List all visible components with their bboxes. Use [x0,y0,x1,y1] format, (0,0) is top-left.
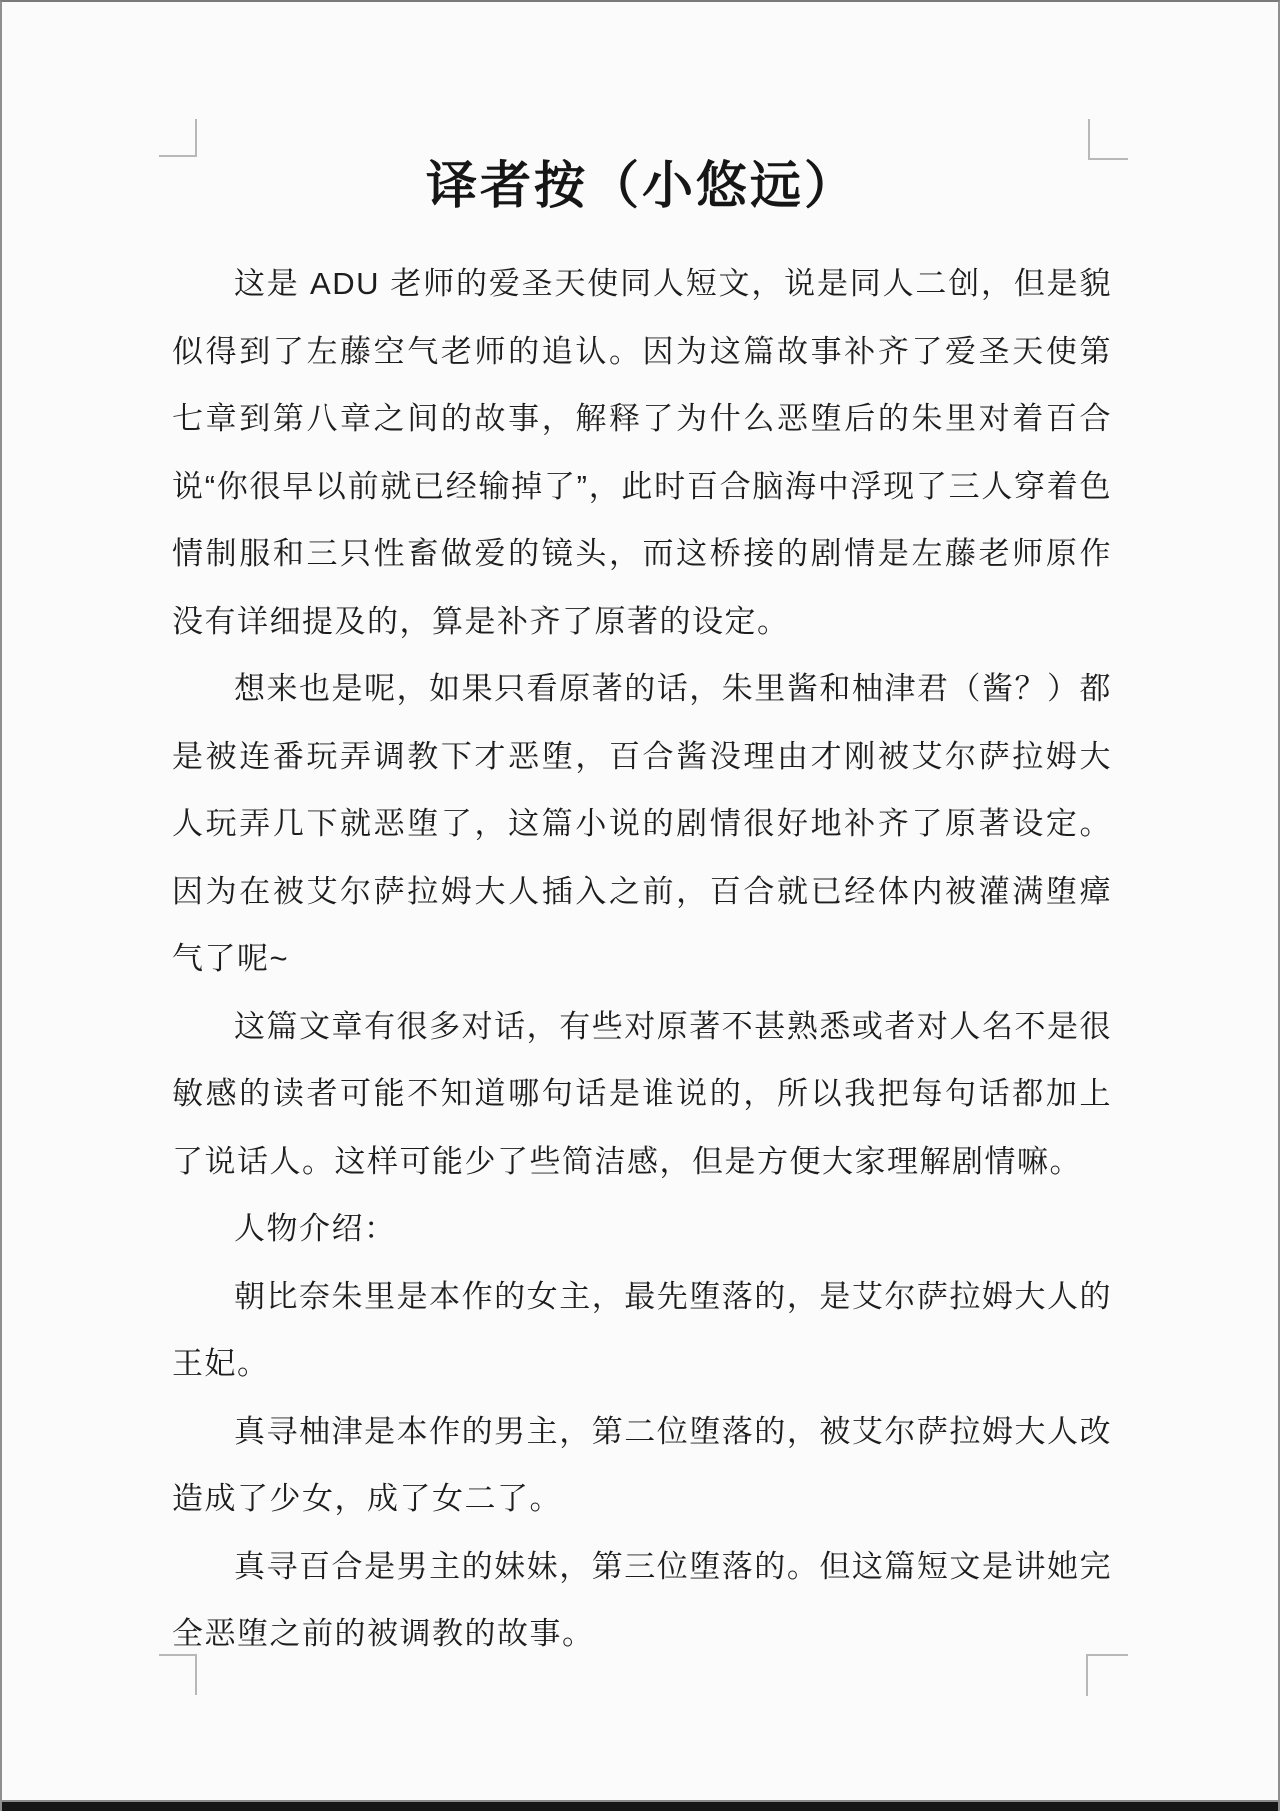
paragraph: 人物介绍： [172,1195,1112,1263]
paragraph: 朝比奈朱里是本作的女主，最先堕落的，是艾尔萨拉姆大人的王妃。 [172,1263,1112,1398]
text-area: 译者按（小悠远） 这是 ADU 老师的爱圣天使同人短文，说是同人二创，但是貌似得… [172,144,1112,1668]
page-title: 译者按（小悠远） [172,144,1112,228]
document-page: 译者按（小悠远） 这是 ADU 老师的爱圣天使同人短文，说是同人二创，但是貌似得… [0,0,1280,1811]
paragraph: 这篇文章有很多对话，有些对原著不甚熟悉或者对人名不是很敏感的读者可能不知道哪句话… [172,993,1112,1196]
paragraph: 真寻柚津是本作的男主，第二位堕落的，被艾尔萨拉姆大人改造成了少女，成了女二了。 [172,1398,1112,1533]
body-text: 这是 ADU 老师的爱圣天使同人短文，说是同人二创，但是貌似得到了左藤空气老师的… [172,250,1112,1668]
paragraph: 想来也是呢，如果只看原著的话，朱里酱和柚津君（酱？）都是被连番玩弄调教下才恶堕，… [172,655,1112,993]
window-bottom-edge [2,1800,1278,1811]
paragraph: 这是 ADU 老师的爱圣天使同人短文，说是同人二创，但是貌似得到了左藤空气老师的… [172,250,1112,655]
paragraph: 真寻百合是男主的妹妹，第三位堕落的。但这篇短文是讲她完全恶堕之前的被调教的故事。 [172,1533,1112,1668]
